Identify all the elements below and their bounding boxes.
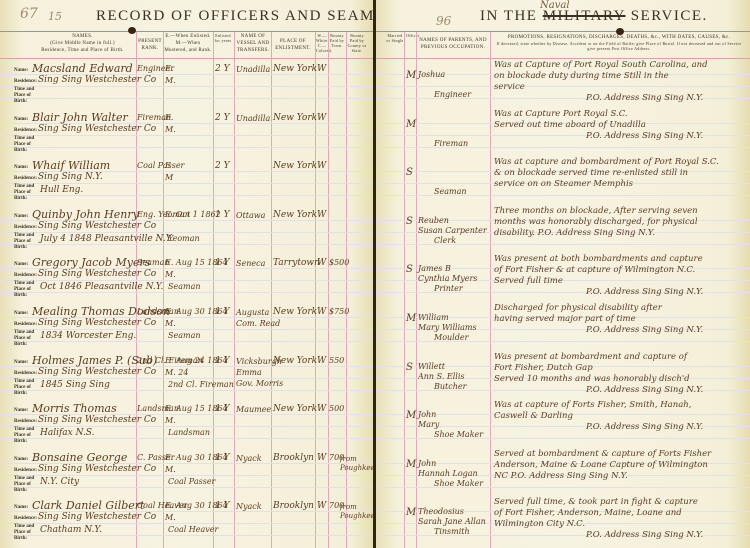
table-row: Name:Residence:Time and Place of Birth:M… (0, 62, 374, 111)
mustered: M (165, 173, 173, 182)
birth-label: Time and Place of Birth: (14, 233, 38, 251)
mustered-rank: Landsman (168, 428, 210, 437)
ruled-line (0, 280, 374, 281)
marital-status: S (406, 264, 413, 275)
table-row: MJohnHannah LoganShoe MakerServed at bom… (376, 451, 750, 500)
birth-label: Time and Place of Birth: (14, 524, 38, 542)
col-header-place: PLACE OF ENLISTMENT. (272, 38, 314, 52)
father-name: Willett (418, 362, 445, 371)
remark-line: on blockade duty during time Still in th… (494, 71, 669, 81)
previous-occupation: Tinsmith (434, 527, 470, 536)
color-mark: W (317, 356, 326, 366)
name-label: Name: (14, 68, 28, 74)
ruled-line (0, 98, 374, 99)
place-of-enlistment: Tarrytown (273, 258, 320, 268)
residence-label: Residence: (14, 419, 37, 425)
previous-occupation: Fireman (434, 139, 468, 148)
table-row: MJohnMaryShoe MakerWas at capture of For… (376, 402, 750, 451)
previous-occupation: Shoe Maker (434, 430, 483, 439)
table-row: MTheodosiusSarah Jane AllanTinsmithServe… (376, 499, 750, 548)
remark-line: NC P.O. Address Sing Sing N.Y. (494, 471, 628, 481)
name-label: Name: (14, 117, 28, 123)
ruled-line (376, 195, 750, 196)
bounty-note: from Poughkeepsie (340, 503, 374, 521)
marital-status: M (406, 507, 416, 518)
birth-label: Time and Place of Birth: (14, 281, 38, 299)
remark-line: P.O. Address Sing Sing N.Y. (586, 530, 703, 540)
table-row: Name:Residence:Time and Place of Birth:M… (0, 402, 374, 451)
place-of-enlistment: New York (273, 356, 317, 366)
mustered-rank: Seaman (168, 331, 201, 340)
place-of-enlistment: New York (273, 404, 317, 414)
color-mark: W (317, 307, 326, 317)
remark-line: of Fort Fisher & at capture of Wilmingto… (494, 265, 695, 275)
recruit-residence: Sing Sing Westchester Co (38, 464, 156, 474)
remark-line: Was at capture of Forts Fisher, Smith, H… (494, 400, 691, 410)
ink-stain (616, 28, 624, 35)
ruled-line (0, 195, 374, 196)
previous-occupation: Shoe Maker (434, 479, 483, 488)
place-of-enlistment: Brooklyn (273, 501, 314, 511)
vessel-name: Augusta (236, 308, 269, 317)
recruit-name: Gregory Jacob Myers (32, 256, 150, 269)
father-name: Joshua (418, 70, 445, 79)
vessel-transfer: Com. Read (236, 319, 280, 328)
previous-occupation: Engineer (434, 90, 471, 99)
recruit-name: Whaif William (32, 159, 110, 172)
marital-status: M (406, 119, 416, 130)
recruit-residence: Sing Sing Westchester Co (38, 318, 156, 328)
mother-name: Ann S. Ellis (418, 372, 465, 381)
residence-label: Residence: (14, 371, 37, 377)
header-top-rule (0, 31, 374, 32)
vessel-transfer: Gov. Morris (236, 379, 283, 388)
vessel-transfer: Emma (236, 368, 262, 377)
mother-name: Mary Williams (418, 323, 477, 332)
ruled-line (376, 244, 750, 245)
mustered: M. (165, 513, 176, 522)
ruled-line (0, 523, 374, 524)
recruit-birth: 1845 Sing Sing (40, 380, 110, 390)
table-row: Name:Residence:Time and Place of Birth:B… (0, 111, 374, 160)
ruled-line (0, 341, 374, 342)
name-label: Name: (14, 408, 28, 414)
remark-line: months was honorably discharged, for phy… (494, 217, 698, 227)
father-name: Theodosius (418, 507, 464, 516)
color-mark: W (317, 64, 326, 74)
enlisted-years: 2 Y (215, 64, 230, 74)
left-page-title: RECORD OF OFFICERS AND SEAMEN (96, 8, 374, 25)
vessel-name: Nyack (236, 454, 262, 463)
col-header-bounty-town: Bounty Paid by Town. (329, 33, 345, 48)
birth-label: Time and Place of Birth: (14, 136, 38, 154)
birth-label: Time and Place of Birth: (14, 476, 38, 494)
left-page: 67 15 RECORD OF OFFICERS AND SEAMEN NAME… (0, 0, 374, 548)
residence-label: Residence: (14, 225, 37, 231)
residence-label: Residence: (14, 468, 37, 474)
table-row: Name:Residence:Time and Place of Birth:G… (0, 256, 374, 305)
remark-line: service on on Steamer Memphis (494, 179, 633, 189)
right-page: 96 IN THE MILITARY SERVICE. Naval Marrie… (376, 0, 750, 548)
name-label: Name: (14, 214, 28, 220)
remark-line: P.O. Address Sing Sing N.Y. (586, 93, 703, 103)
bounty: 500 (329, 404, 344, 413)
remark-line: Served out time aboard of Unadilla (494, 120, 646, 130)
mother-name: Hannah Logan (418, 469, 478, 478)
remark-line: Was present at bombardment and capture o… (494, 352, 687, 362)
mustered: M. (165, 319, 176, 328)
col-header-enlisted-for: Enlisted for years (214, 33, 232, 43)
mustered: M. 24 (165, 368, 188, 377)
left-page-note: 15 (48, 10, 62, 23)
birth-label: Time and Place of Birth: (14, 427, 38, 445)
recruit-birth: 1834 Worcester Eng. (40, 331, 136, 341)
header-bottom-rule (376, 58, 750, 59)
color-mark: W (317, 258, 326, 268)
recruit-residence: Sing Sing Westchester Co (38, 124, 156, 134)
right-page-number: 96 (436, 14, 451, 28)
birth-label: Time and Place of Birth: (14, 184, 38, 202)
ruled-line (376, 86, 750, 87)
remark-line: P.O. Address Sing Sing N.Y. (586, 422, 703, 432)
enlisted-years: 1 Y (215, 356, 230, 366)
ruled-line (376, 341, 750, 342)
name-label: Name: (14, 311, 28, 317)
ruled-line (0, 86, 374, 87)
table-row: Name:Residence:Time and Place of Birth:C… (0, 499, 374, 548)
enlisted-years: 1 Y (215, 501, 230, 511)
vessel-name: Unadilla (236, 65, 270, 74)
recruit-birth: Hull Eng. (40, 185, 83, 195)
ruled-line (0, 426, 374, 427)
mother-name: Mary (418, 420, 439, 429)
mustered-rank: Yeoman (168, 234, 200, 243)
table-row: Name:Residence:Time and Place of Birth:B… (0, 451, 374, 500)
place-of-enlistment: New York (273, 64, 317, 74)
naval-insertion: Naval (540, 0, 570, 11)
remark-line: Served full time, & took part in fight &… (494, 497, 698, 507)
remark-line: P.O. Address Sing Sing N.Y. (586, 325, 703, 335)
mustered: M. (165, 125, 176, 134)
remark-line: Was at capture and bombardment of Port R… (494, 157, 719, 167)
mother-name: Cynthia Myers (418, 274, 477, 283)
previous-occupation: Seaman (434, 187, 467, 196)
name-label: Name: (14, 165, 28, 171)
left-page-number: 67 (20, 6, 38, 22)
enlisted-years: 1 Y (215, 307, 230, 317)
previous-occupation: Clerk (434, 236, 456, 245)
recruit-name: Blair John Walter (32, 111, 128, 124)
father-name: William (418, 313, 449, 322)
vessel-name: Ottawa (236, 211, 265, 220)
color-mark: W (317, 404, 326, 414)
remark-line: Three months on blockade, After serving … (494, 206, 698, 216)
remark-line: P.O. Address Sing Sing N.Y. (586, 385, 703, 395)
table-row: Name:Residence:Time and Place of Birth:W… (0, 159, 374, 208)
mustered-rank: Coal Passer (168, 477, 215, 486)
col-header-names: NAMES. (Give Middle Name in full.) Resid… (30, 33, 135, 54)
father-name: Reuben (418, 216, 449, 225)
remark-line: Served at bombardment & capture of Forts… (494, 449, 711, 459)
recruit-residence: Sing Sing Westchester Co (38, 367, 156, 377)
recruit-name: Clark Daniel Gilbert (32, 499, 144, 512)
place-of-enlistment: New York (273, 307, 317, 317)
ruled-line (0, 475, 374, 476)
residence-label: Residence: (14, 516, 37, 522)
ruled-line (376, 487, 750, 488)
recruit-name: Macsland Edward (32, 62, 133, 75)
ruled-line (0, 147, 374, 148)
vessel-name: Maumee (236, 405, 271, 414)
marital-status: S (406, 362, 413, 373)
place-of-enlistment: Brooklyn (273, 453, 314, 463)
recruit-name: Bonsaine George (32, 451, 127, 464)
enlisted-years: 1 Y (215, 210, 230, 220)
residence-label: Residence: (14, 273, 37, 279)
place-of-enlistment: New York (273, 113, 317, 123)
residence-label: Residence: (14, 79, 37, 85)
table-row: SWillettAnn S. EllisButcherWas present a… (376, 354, 750, 403)
place-of-enlistment: New York (273, 210, 317, 220)
recruit-residence: Sing Sing Westchester Co (38, 221, 156, 231)
bounty: $750 (329, 307, 349, 316)
recruit-birth: Chatham N.Y. (40, 525, 102, 535)
birth-label: Time and Place of Birth: (14, 379, 38, 397)
ruled-line (0, 378, 374, 379)
ruled-line (376, 147, 750, 148)
recruit-residence: Sing Sing Westchester Co (38, 415, 156, 425)
mustered-rank: Seaman (168, 282, 201, 291)
residence-label: Residence: (14, 128, 37, 134)
bounty: $500 (329, 258, 349, 267)
recruit-residence: Sing Sing Westchester Co (38, 512, 156, 522)
table-row: Name:Residence:Time and Place of Birth:H… (0, 354, 374, 403)
color-mark: W (317, 501, 326, 511)
color-mark: W (317, 113, 326, 123)
color-mark: W (317, 210, 326, 220)
ruled-line (0, 183, 374, 184)
remark-line: & on blockade served time re-enlisted st… (494, 168, 688, 178)
table-row: Name:Residence:Time and Place of Birth:M… (0, 305, 374, 354)
remark-line: Anderson, Maine & Loane Capture of Wilmi… (494, 460, 708, 470)
enlisted-date: E. (165, 64, 173, 73)
father-name: John (418, 459, 436, 468)
residence-label: Residence: (14, 176, 37, 182)
marital-status: S (406, 216, 413, 227)
col-header-rank: PRESENT RANK. (137, 38, 163, 52)
ruled-line (0, 329, 374, 330)
remark-line: service (494, 82, 525, 92)
bounty: 550 (329, 356, 344, 365)
col-header-bounty-state: Bounty Paid by County or State. (347, 33, 367, 53)
enlisted-years: 2 Y (215, 113, 230, 123)
right-page-title: IN THE MILITARY SERVICE. (480, 8, 708, 25)
birth-label: Time and Place of Birth: (14, 330, 38, 348)
name-label: Name: (14, 457, 28, 463)
ruled-line (0, 390, 374, 391)
ruled-line (0, 135, 374, 136)
remark-line: having served major part of time (494, 314, 636, 324)
father-name: James B (418, 264, 451, 273)
recruit-birth: N.Y. City (40, 477, 79, 487)
remark-line: Served 10 months and was honorably disch… (494, 374, 690, 384)
enlisted-years: 1 Y (215, 258, 230, 268)
birth-label: Time and Place of Birth: (14, 87, 38, 105)
marital-status: M (406, 410, 416, 421)
bounty-note: from Poughkeepsie (340, 455, 374, 473)
header-top-rule (376, 31, 750, 32)
mother-name: Susan Carpenter (418, 226, 487, 235)
header-bottom-rule (0, 58, 374, 59)
vessel-name: Nyack (236, 502, 262, 511)
recruit-name: Quinby John Henry (32, 208, 139, 221)
previous-occupation: Butcher (434, 382, 466, 391)
enlisted-date: E. Oct 1 1862 (165, 210, 221, 219)
marital-status: S (406, 167, 413, 178)
mustered: M. (165, 416, 176, 425)
enlisted-date: E (165, 161, 171, 170)
table-row: MJoshuaEngineerWas at Capture of Port Ro… (376, 62, 750, 111)
remark-line: Served full time (494, 276, 563, 286)
mother-name: Sarah Jane Allan (418, 517, 486, 526)
table-row: MWilliamMary WilliamsMoulderDischarged f… (376, 305, 750, 354)
recruit-birth: July 4 1848 Pleasantville N.Y. (40, 234, 173, 244)
enlisted-years: 1 Y (215, 404, 230, 414)
previous-occupation: Printer (434, 284, 463, 293)
ruled-line (0, 232, 374, 233)
remark-line: Caswell & Darling (494, 411, 573, 421)
marital-status: M (406, 313, 416, 324)
ruled-line (0, 292, 374, 293)
vessel-name: Seneca (236, 259, 265, 268)
name-label: Name: (14, 262, 28, 268)
ruled-line (0, 244, 374, 245)
name-label: Name: (14, 360, 28, 366)
color-mark: W (317, 161, 326, 171)
col-header-parents: NAMES OF PARENTS, AND PREVIOUS OCCUPATIO… (418, 37, 488, 51)
residence-label: Residence: (14, 322, 37, 328)
father-name: John (418, 410, 436, 419)
recruit-residence: Sing Sing Westchester Co (38, 269, 156, 279)
color-mark: W (317, 453, 326, 463)
table-row: SSeamanWas at capture and bombardment of… (376, 159, 750, 208)
ink-stain (128, 27, 136, 34)
place-of-enlistment: New York (273, 161, 317, 171)
col-header-vessel: NAME OF VESSEL AND TRANSFERS. (236, 33, 270, 54)
recruit-residence: Sing Sing N.Y. (38, 172, 103, 182)
mustered: M. (165, 465, 176, 474)
remark-line: disability. P.O. Address Sing Sing N.Y. (494, 228, 655, 238)
col-header-officer: Officer (406, 33, 416, 38)
col-header-color: W.—White. C.—Colored. (316, 33, 328, 53)
table-row: MFiremanWas at Capture Port Royal S.C.Se… (376, 111, 750, 160)
enlisted-date: E. (165, 113, 173, 122)
remark-line: Discharged for physical disability after (494, 303, 662, 313)
ruled-line (0, 487, 374, 488)
remark-line: Was present at both bombardments and cap… (494, 254, 703, 264)
ruled-line (376, 438, 750, 439)
marital-status: M (406, 459, 416, 470)
present-rank: Coal Passer (137, 161, 184, 170)
enlisted-years: 1 Y (215, 453, 230, 463)
remark-line: Wilmington City N.C. (494, 519, 585, 529)
mustered: M. (165, 76, 176, 85)
table-row: SJames BCynthia MyersPrinterWas present … (376, 256, 750, 305)
col-header-married: Married or Single (386, 33, 404, 43)
remark-line: P.O. Address Sing Sing N.Y. (586, 287, 703, 297)
table-row: SReubenSusan CarpenterClerkThree months … (376, 208, 750, 257)
remark-line: of Fort Fisher, Anderson, Maine, Loane a… (494, 508, 682, 518)
ledger-book: 67 15 RECORD OF OFFICERS AND SEAMEN NAME… (0, 0, 750, 548)
mustered: M. (165, 270, 176, 279)
remark-line: Was at Capture of Port Royal South Carol… (494, 60, 708, 70)
vessel-name: Unadilla (236, 114, 270, 123)
mustered-rank: 2nd Cl. Fireman (168, 380, 234, 389)
previous-occupation: Moulder (434, 333, 468, 342)
ruled-line (0, 438, 374, 439)
recruit-birth: Halifax N.S. (40, 428, 94, 438)
marital-status: M (406, 70, 416, 81)
mustered-rank: Coal Heaver (168, 525, 218, 534)
recruit-birth: Oct 1846 Pleasantville N.Y. (40, 282, 163, 292)
enlisted-years: 2 Y (215, 161, 230, 171)
col-header-remarks: PROMOTIONS, RESIGNATIONS, DISCHARGES, DE… (494, 34, 744, 51)
remark-line: P.O. Address Sing Sing N.Y. (586, 131, 703, 141)
remark-line: Was at Capture Port Royal S.C. (494, 109, 628, 119)
ruled-line (0, 535, 374, 536)
col-header-enlisted: E.—When Enlisted. M.—When Mustered, and … (164, 33, 212, 54)
name-label: Name: (14, 505, 28, 511)
recruit-residence: Sing Sing Westchester Co (38, 75, 156, 85)
table-row: Name:Residence:Time and Place of Birth:Q… (0, 208, 374, 257)
remark-line: Fort Fisher, Dutch Gap (494, 363, 593, 373)
recruit-name: Morris Thomas (32, 402, 117, 415)
